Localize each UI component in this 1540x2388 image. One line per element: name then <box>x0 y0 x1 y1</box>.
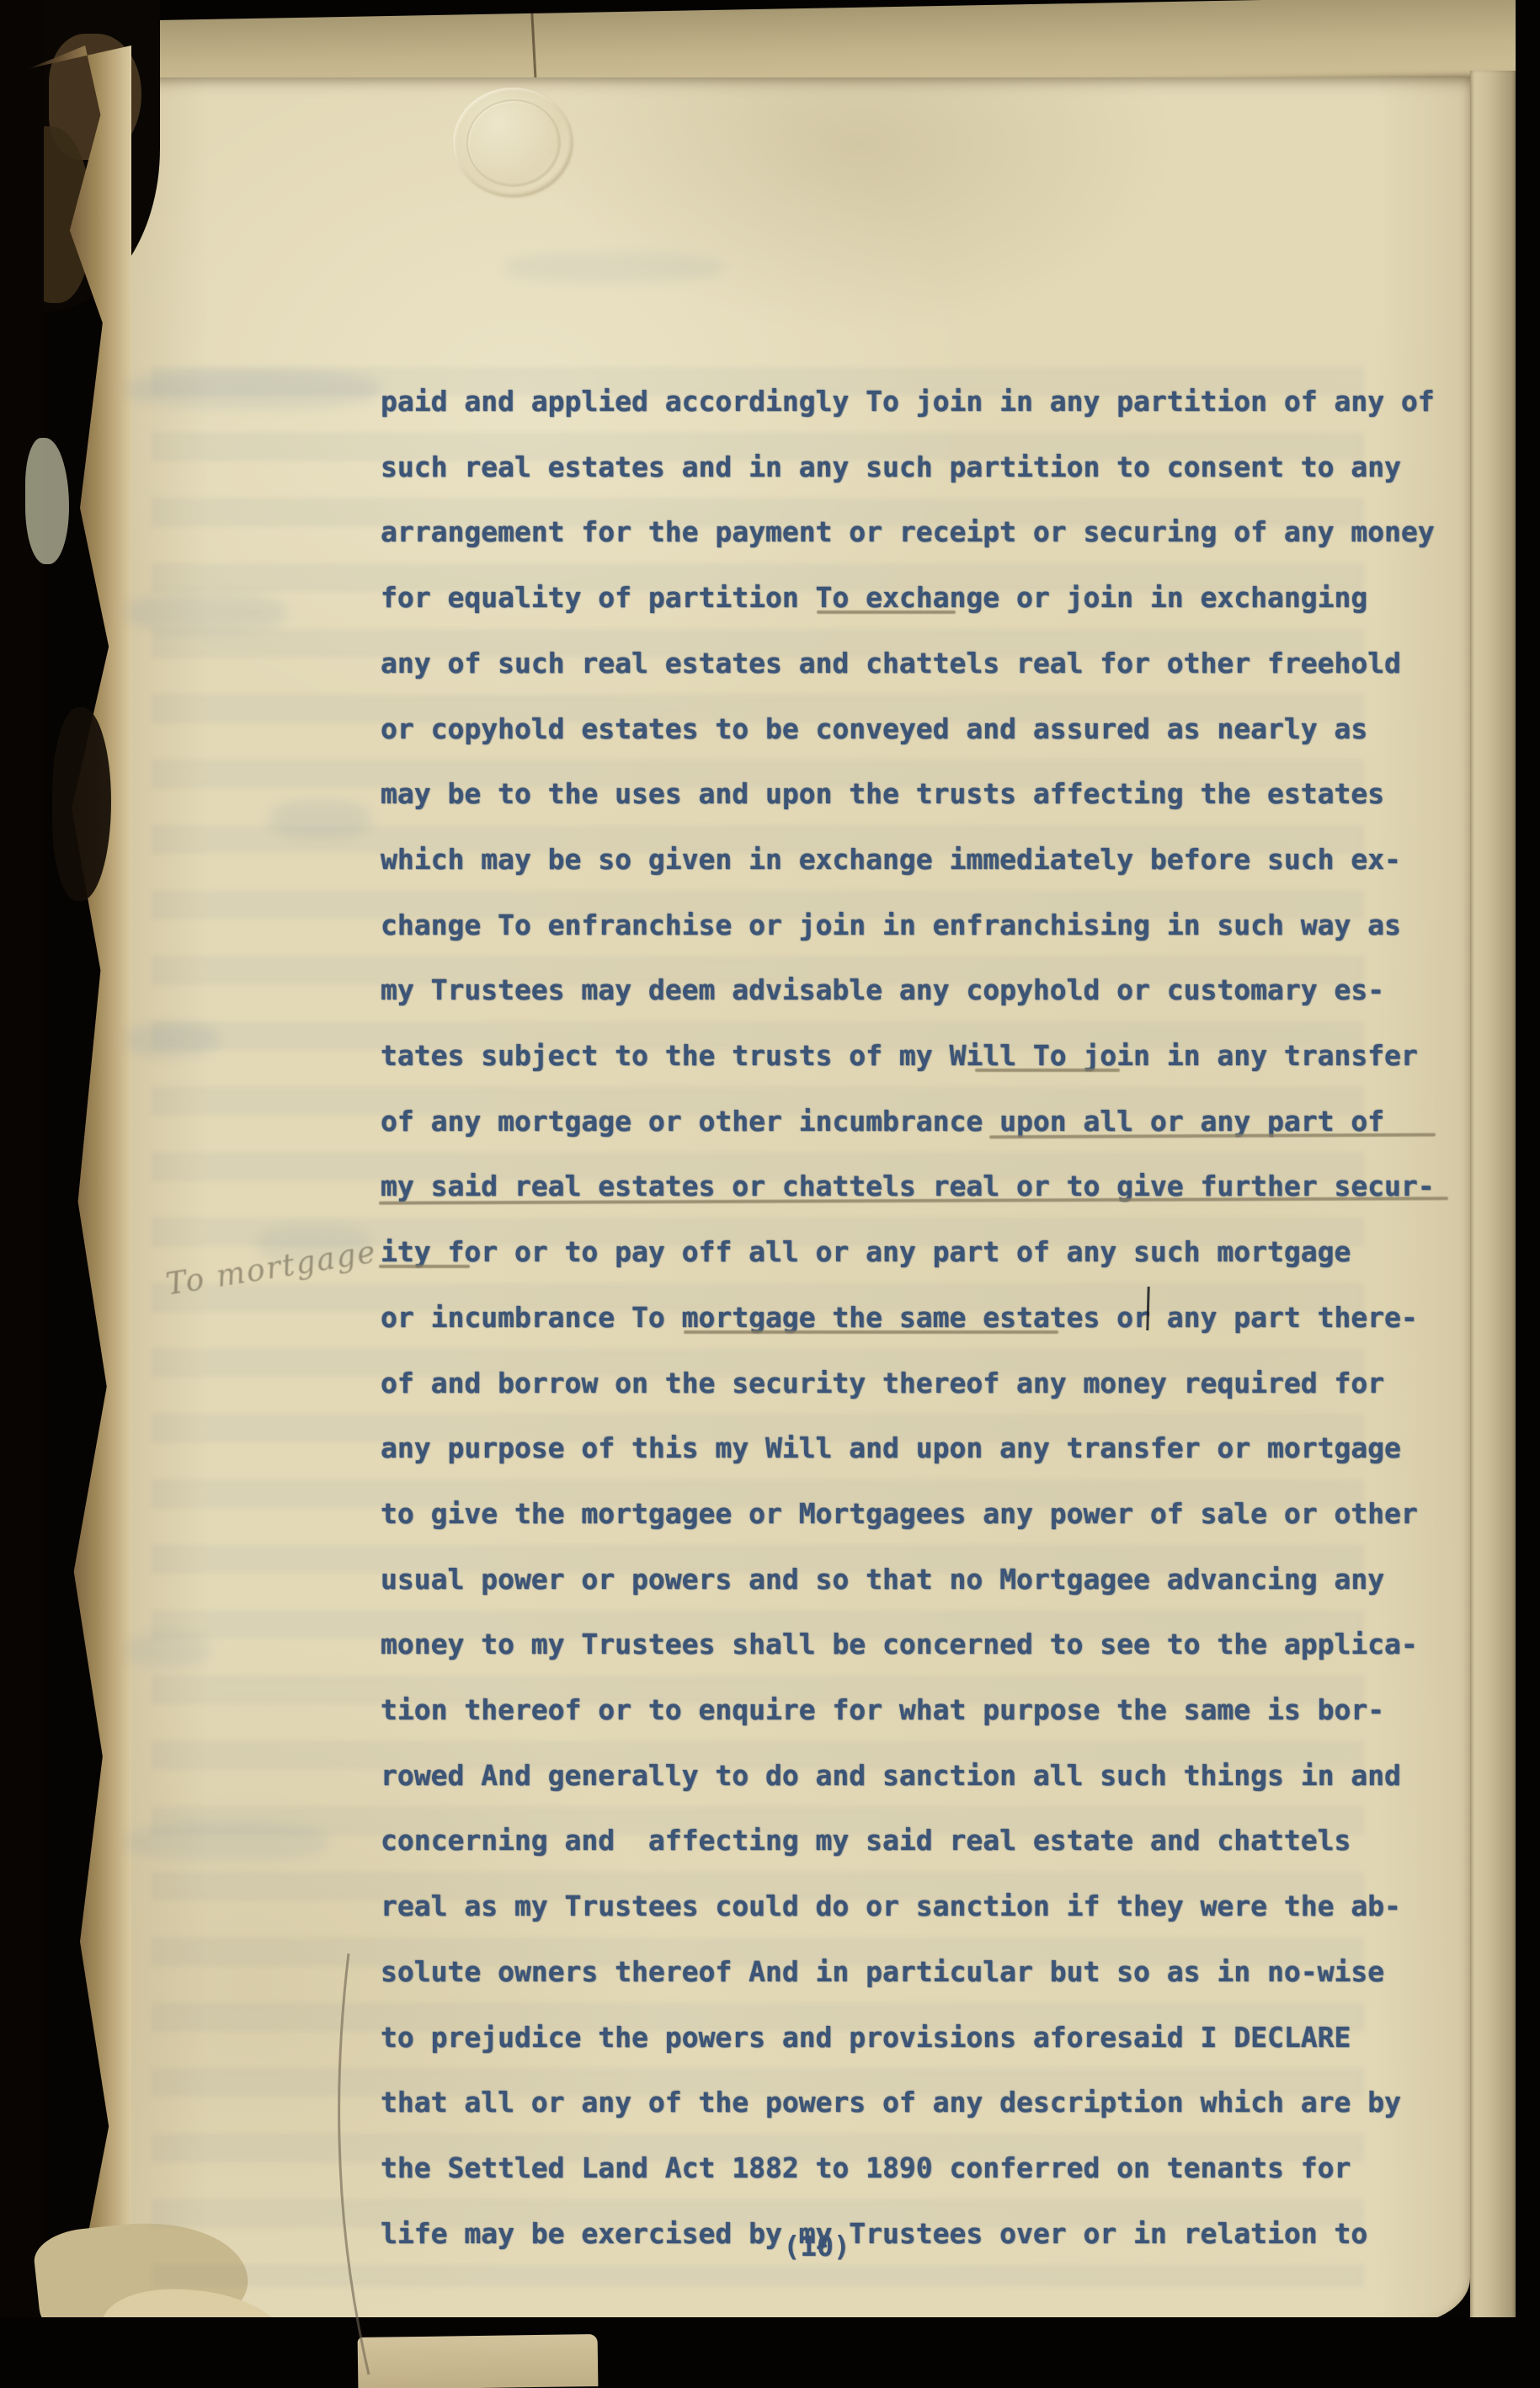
document-line: which may be so given in exchange immedi… <box>381 827 1435 893</box>
document-line: real as my Trustees could do or sanction… <box>381 1874 1435 1939</box>
right-page-edge <box>1470 71 1519 2336</box>
background-right <box>1516 0 1540 2388</box>
ink-smudge <box>505 253 724 282</box>
pencil-underline <box>379 1265 470 1268</box>
document-line: arrangement for the payment or receipt o… <box>381 499 1435 565</box>
ink-smudge <box>126 370 379 408</box>
ink-smudge <box>126 1634 210 1667</box>
embossed-seal <box>453 88 573 197</box>
document-line: to give the mortgagee or Mortgagees any … <box>381 1481 1435 1547</box>
document-line: or copyhold estates to be conveyed and a… <box>381 696 1435 762</box>
page-number: (10) <box>733 2230 901 2263</box>
document-line: such real estates and in any such partit… <box>381 434 1435 500</box>
pencil-underline <box>817 610 956 614</box>
document-line: life may be exercised by my Trustees ove… <box>381 2201 1435 2267</box>
document-line: paid and applied accordingly To join in … <box>381 369 1435 434</box>
document-line: any purpose of this my Will and upon any… <box>381 1415 1435 1481</box>
typewritten-text: paid and applied accordingly To join in … <box>381 369 1435 2266</box>
document-line: rowed And generally to do and sanction a… <box>381 1743 1435 1809</box>
document-line: change To enfranchise or join in enfranc… <box>381 893 1435 958</box>
background-bottom <box>0 2317 1540 2388</box>
document-line: or incumbrance To mortgage the same esta… <box>381 1285 1435 1351</box>
document-line: of any mortgage or other incumbrance upo… <box>381 1089 1435 1154</box>
document-line: tion thereof or to enquire for what purp… <box>381 1677 1435 1743</box>
document-line: the Settled Land Act 1882 to 1890 confer… <box>381 2135 1435 2201</box>
ink-smudge <box>126 594 286 632</box>
document-line: usual power or powers and so that no Mor… <box>381 1547 1435 1612</box>
document-line: tates subject to the trusts of my Will T… <box>381 1023 1435 1089</box>
document-line: any of such real estates and chattels re… <box>381 631 1435 696</box>
book-spine-shadow <box>0 0 44 2388</box>
document-line: of and borrow on the security thereof an… <box>381 1351 1435 1416</box>
ink-smudge <box>269 800 370 838</box>
binding-page-edges <box>29 45 131 2358</box>
document-line: ity for or to pay off all or any part of… <box>381 1219 1435 1285</box>
document-line: for equality of partition To exchange or… <box>381 565 1435 631</box>
document-line: my said real estates or chattels real or… <box>381 1154 1435 1219</box>
document-line: money to my Trustees shall be concerned … <box>381 1612 1435 1677</box>
document-line: concerning and affecting my said real es… <box>381 1808 1435 1874</box>
ink-smudge <box>126 1023 219 1057</box>
document-line: may be to the uses and upon the trusts a… <box>381 761 1435 827</box>
document-line: that all or any of the powers of any des… <box>381 2070 1435 2135</box>
document-line: solute owners thereof And in particular … <box>381 1939 1435 2005</box>
paper-scrap <box>25 438 69 564</box>
document-line: to prejudice the powers and provisions a… <box>381 2005 1435 2071</box>
pencil-underline <box>975 1069 1120 1072</box>
document-line: my Trustees may deem advisable any copyh… <box>381 957 1435 1023</box>
ink-smudge <box>126 1823 328 1861</box>
book-scan: paid and applied accordingly To join in … <box>0 0 1540 2388</box>
bottom-page-fragment <box>358 2334 599 2388</box>
embossed-seal-ring <box>466 99 561 187</box>
pencil-underline <box>684 1330 1058 1334</box>
